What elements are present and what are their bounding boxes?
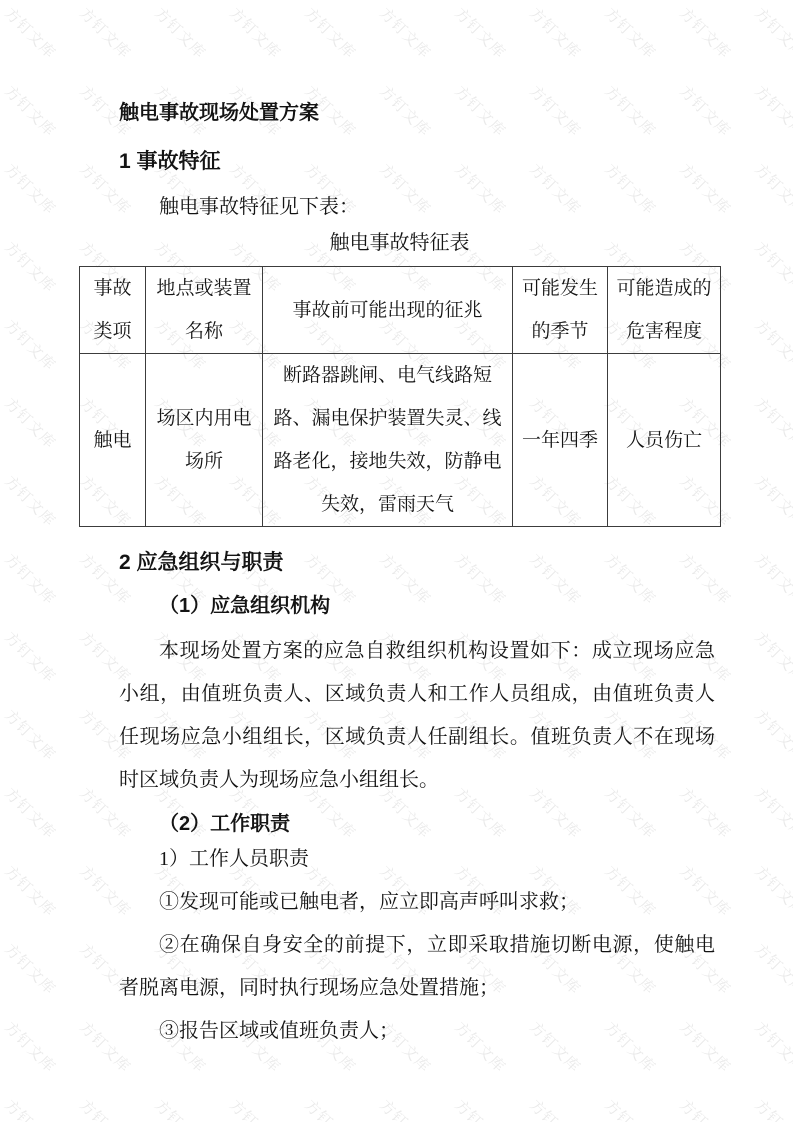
cell-harm-degree: 人员伤亡 bbox=[608, 354, 721, 527]
accident-feature-table: 事故类项 地点或装置名称 事故前可能出现的征兆 可能发生的季节 可能造成的危害程… bbox=[79, 266, 721, 527]
section-2-heading: 2 应急组织与职责 bbox=[119, 549, 715, 577]
subsection-2-heading: （2）工作职责 bbox=[119, 810, 715, 838]
document-content: 触电事故现场处置方案 1 事故特征 触电事故特征见下表： 触电事故特征表 事故类… bbox=[119, 0, 715, 1053]
header-harm-degree: 可能造成的危害程度 bbox=[608, 267, 721, 354]
header-location-or-device: 地点或装置名称 bbox=[146, 267, 263, 354]
cell-location-or-device: 场区内用电场所 bbox=[146, 354, 263, 527]
table-header-row: 事故类项 地点或装置名称 事故前可能出现的征兆 可能发生的季节 可能造成的危害程… bbox=[80, 267, 721, 354]
subsection-1-heading: （1）应急组织机构 bbox=[119, 592, 715, 620]
duty-item-2: ②在确保自身安全的前提下，立即采取措施切断电源，使触电者脱离电源，同时执行现场应… bbox=[119, 924, 715, 1010]
section-1-heading: 1 事故特征 bbox=[119, 148, 715, 176]
header-accident-type: 事故类项 bbox=[80, 267, 146, 354]
cell-accident-type: 触电 bbox=[80, 354, 146, 527]
duty-item-3: ③报告区域或值班负责人； bbox=[119, 1010, 715, 1053]
section-1-intro: 触电事故特征见下表： bbox=[119, 193, 715, 221]
document-page: 方钉文库 触电事故现场处置方案 1 事故特征 触电事故特征见下表： 触电事故特征… bbox=[0, 0, 793, 1122]
header-possible-season: 可能发生的季节 bbox=[513, 267, 608, 354]
duty-item-1: ①发现可能或已触电者，应立即高声呼叫求救； bbox=[119, 881, 715, 924]
header-warning-signs: 事故前可能出现的征兆 bbox=[263, 267, 513, 354]
table-row: 触电 场区内用电场所 断路器跳闸、电气线路短路、漏电保护装置失灵、线路老化，接地… bbox=[80, 354, 721, 527]
cell-possible-season: 一年四季 bbox=[513, 354, 608, 527]
document-title: 触电事故现场处置方案 bbox=[119, 100, 715, 126]
table-caption: 触电事故特征表 bbox=[79, 229, 720, 257]
org-structure-paragraph: 本现场处置方案的应急自救组织机构设置如下：成立现场应急小组，由值班负责人、区域负… bbox=[119, 630, 715, 802]
cell-warning-signs: 断路器跳闸、电气线路短路、漏电保护装置失灵、线路老化，接地失效，防静电失效，雷雨… bbox=[263, 354, 513, 527]
feature-table-block: 触电事故特征表 事故类项 地点或装置名称 事故前可能出现的征兆 可能发生的季节 … bbox=[79, 229, 720, 527]
duty-item-worker-title: 1）工作人员职责 bbox=[119, 838, 715, 881]
